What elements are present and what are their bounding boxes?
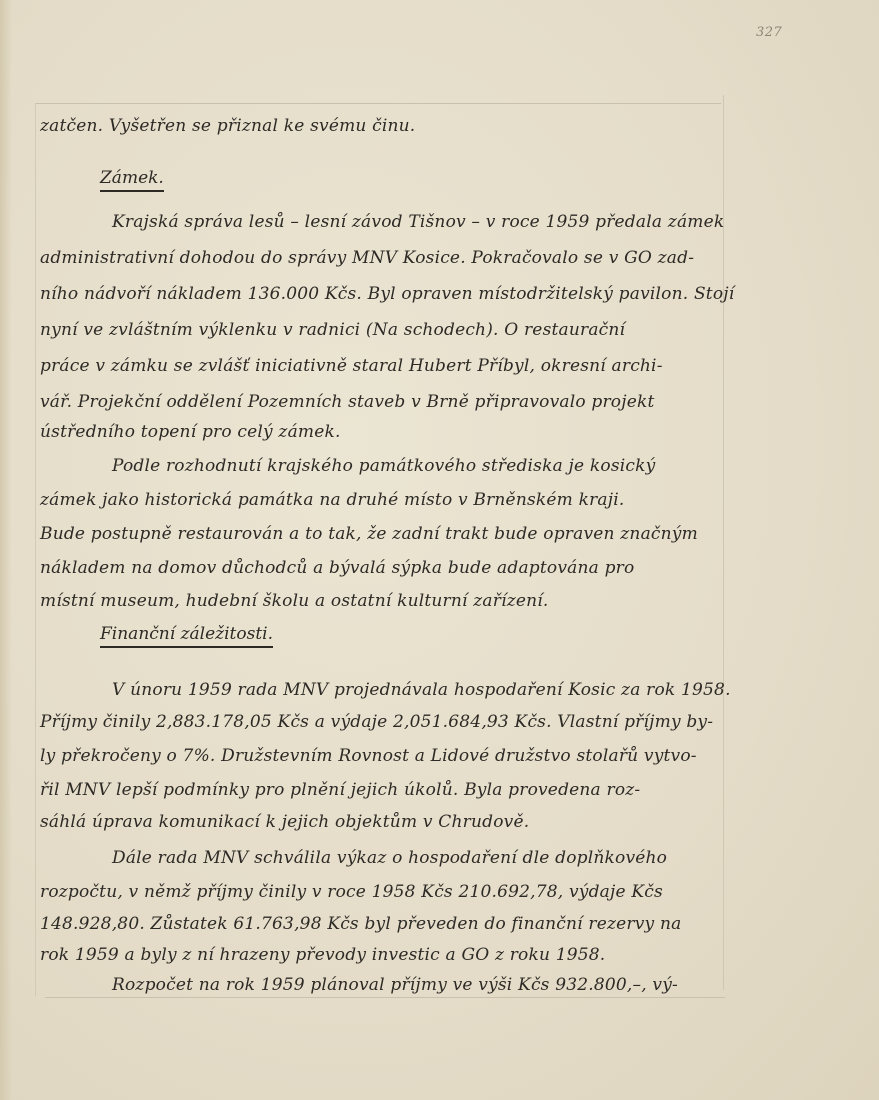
text-line: administrativní dohodou do správy MNV Ko… (40, 248, 730, 268)
text-line: nyní ve zvláštním výklenku v radnici (Na… (40, 320, 730, 340)
text-line: vář. Projekční oddělení Pozemních staveb… (40, 392, 730, 412)
frame-top-rule (35, 103, 721, 104)
section-heading-zamek: Zámek. (100, 168, 164, 192)
text-line: místní museum, hudební školu a ostatní k… (40, 591, 730, 611)
text-line: ústředního topení pro celý zámek. (40, 422, 730, 442)
document-page: 327 zatčen. Vyšetřen se přiznal ke svému… (0, 0, 879, 1100)
text-line: práce v zámku se zvlášť iniciativně star… (40, 356, 730, 376)
text-line: rozpočtu, v němž příjmy činily v roce 19… (40, 882, 730, 902)
text-line: ly překročeny o 7%. Družstevním Rovnost … (40, 746, 730, 766)
text-line: zámek jako historická památka na druhé m… (40, 490, 730, 510)
text-line: sáhlá úprava komunikací k jejich objektů… (40, 812, 730, 832)
page-binding-edge (0, 0, 12, 1100)
text-line: Dále rada MNV schválila výkaz o hospodař… (112, 848, 802, 868)
continuation-line: zatčen. Vyšetřen se přiznal ke svému čin… (40, 116, 730, 136)
text-line: Krajská správa lesů – lesní závod Tišnov… (112, 212, 802, 232)
text-line: řil MNV lepší podmínky pro plnění jejich… (40, 780, 730, 800)
text-line: ního nádvoří nákladem 136.000 Kčs. Byl o… (40, 284, 730, 304)
text-line: rok 1959 a byly z ní hrazeny převody inv… (40, 945, 730, 965)
text-line: nákladem na domov důchodců a bývalá sýpk… (40, 558, 730, 578)
text-line: Rozpočet na rok 1959 plánoval příjmy ve … (112, 975, 802, 995)
text-line: Podle rozhodnutí krajského památkového s… (112, 456, 802, 476)
frame-bottom-rule (45, 997, 725, 998)
text-line: Bude postupně restaurován a to tak, že z… (40, 524, 730, 544)
frame-left-rule (35, 103, 36, 996)
section-heading-financni-zalezitosti: Finanční záležitosti. (100, 624, 273, 648)
text-line: 148.928,80. Zůstatek 61.763,98 Kčs byl p… (40, 914, 730, 934)
text-line: Příjmy činily 2,883.178,05 Kčs a výdaje … (40, 712, 730, 732)
text-line: V únoru 1959 rada MNV projednávala hospo… (112, 680, 802, 700)
page-number: 327 (756, 25, 782, 40)
